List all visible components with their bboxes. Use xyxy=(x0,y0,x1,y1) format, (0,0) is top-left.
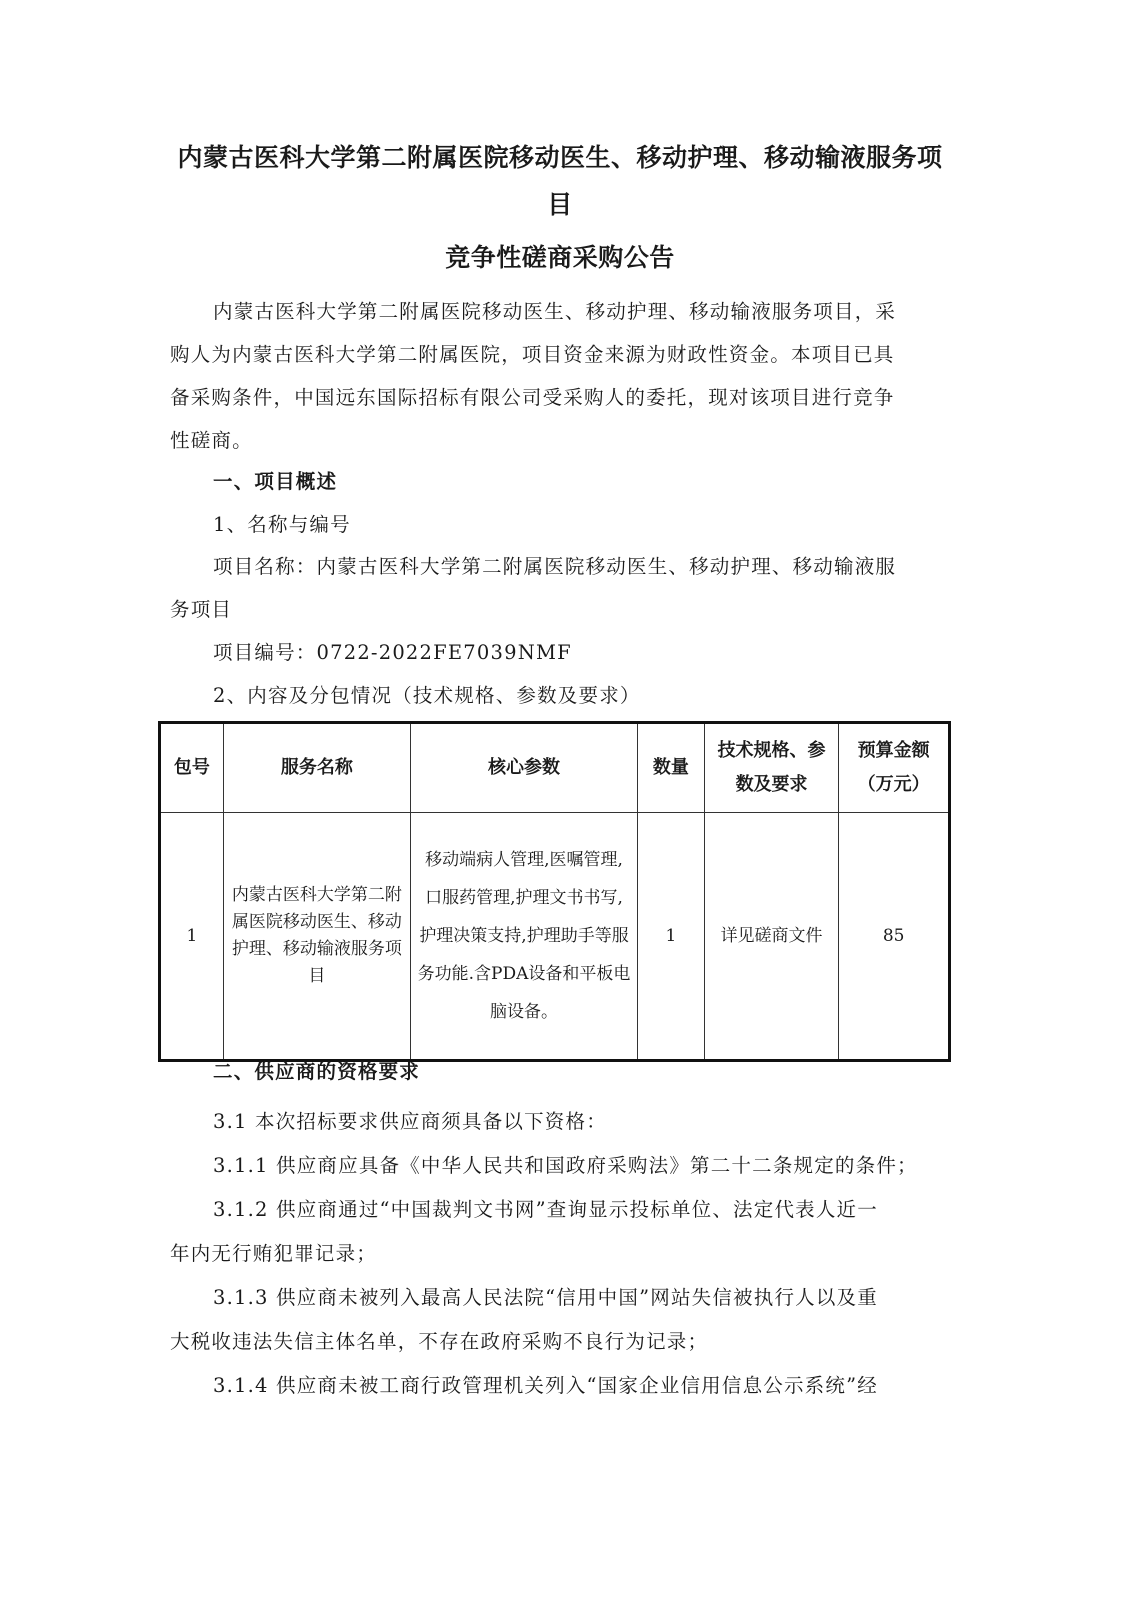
header-service-name: 服务名称 xyxy=(223,723,410,813)
section-heading-qualifications: 二、供应商的资格要求 xyxy=(213,1056,953,1084)
subsection-name-number: 1、名称与编号 xyxy=(213,509,953,537)
project-number: 项目编号：0722-2022FE7039NMF xyxy=(213,637,953,665)
header-quantity: 数量 xyxy=(638,723,705,813)
cell-budget: 85 xyxy=(839,813,950,1061)
intro-paragraph-line: 性磋商。 xyxy=(170,425,950,453)
document-page: 内蒙古医科大学第二附属医院移动医生、移动护理、移动输液服务项 目 竞争性磋商采购… xyxy=(0,0,1131,1600)
cell-spec: 详见磋商文件 xyxy=(704,813,839,1061)
table-row: 1 内蒙古医科大学第二附属医院移动医生、移动护理、移动输液服务项目 移动端病人管… xyxy=(160,813,950,1061)
requirement-item: 3.1.1 供应商应具备《中华人民共和国政府采购法》第二十二条规定的条件； xyxy=(213,1150,953,1178)
subsection-content-packages: 2、内容及分包情况（技术规格、参数及要求） xyxy=(213,680,953,708)
package-table: 包号 服务名称 核心参数 数量 技术规格、参数及要求 预算金额（万元） 1 内蒙… xyxy=(158,721,951,1062)
document-subtitle: 竞争性磋商采购公告 xyxy=(160,238,960,274)
section-heading-overview: 一、项目概述 xyxy=(213,466,953,494)
cell-core-params: 移动端病人管理,医嘱管理,口服药管理,护理文书书写,护理决策支持,护理助手等服务… xyxy=(411,813,638,1061)
project-name-line: 务项目 xyxy=(170,594,950,622)
header-package-no: 包号 xyxy=(160,723,224,813)
requirement-item: 3.1.2 供应商通过“中国裁判文书网”查询显示投标单位、法定代表人近一 xyxy=(213,1194,953,1222)
requirement-item-continued: 大税收违法失信主体名单，不存在政府采购不良行为记录； xyxy=(170,1326,950,1354)
cell-quantity: 1 xyxy=(638,813,705,1061)
document-title-line1: 内蒙古医科大学第二附属医院移动医生、移动护理、移动输液服务项 xyxy=(160,138,960,174)
header-spec: 技术规格、参数及要求 xyxy=(704,723,839,813)
intro-paragraph-line: 内蒙古医科大学第二附属医院移动医生、移动护理、移动输液服务项目，采 xyxy=(213,296,953,324)
table-header-row: 包号 服务名称 核心参数 数量 技术规格、参数及要求 预算金额（万元） xyxy=(160,723,950,813)
intro-paragraph-line: 购人为内蒙古医科大学第二附属医院，项目资金来源为财政性资金。本项目已具 xyxy=(170,339,950,367)
header-budget: 预算金额（万元） xyxy=(839,723,950,813)
intro-paragraph-line: 备采购条件，中国远东国际招标有限公司受采购人的委托，现对该项目进行竞争 xyxy=(170,382,950,410)
requirement-item-continued: 年内无行贿犯罪记录； xyxy=(170,1238,950,1266)
project-name-line: 项目名称：内蒙古医科大学第二附属医院移动医生、移动护理、移动输液服 xyxy=(213,551,953,579)
cell-package-no: 1 xyxy=(160,813,224,1061)
document-title-line2: 目 xyxy=(160,185,960,221)
cell-service-name: 内蒙古医科大学第二附属医院移动医生、移动护理、移动输液服务项目 xyxy=(223,813,410,1061)
requirement-item: 3.1.3 供应商未被列入最高人民法院“信用中国”网站失信被执行人以及重 xyxy=(213,1282,953,1310)
header-core-params: 核心参数 xyxy=(411,723,638,813)
requirement-item: 3.1.4 供应商未被工商行政管理机关列入“国家企业信用信息公示系统”经 xyxy=(213,1370,953,1398)
requirement-item: 3.1 本次招标要求供应商须具备以下资格： xyxy=(213,1106,953,1134)
